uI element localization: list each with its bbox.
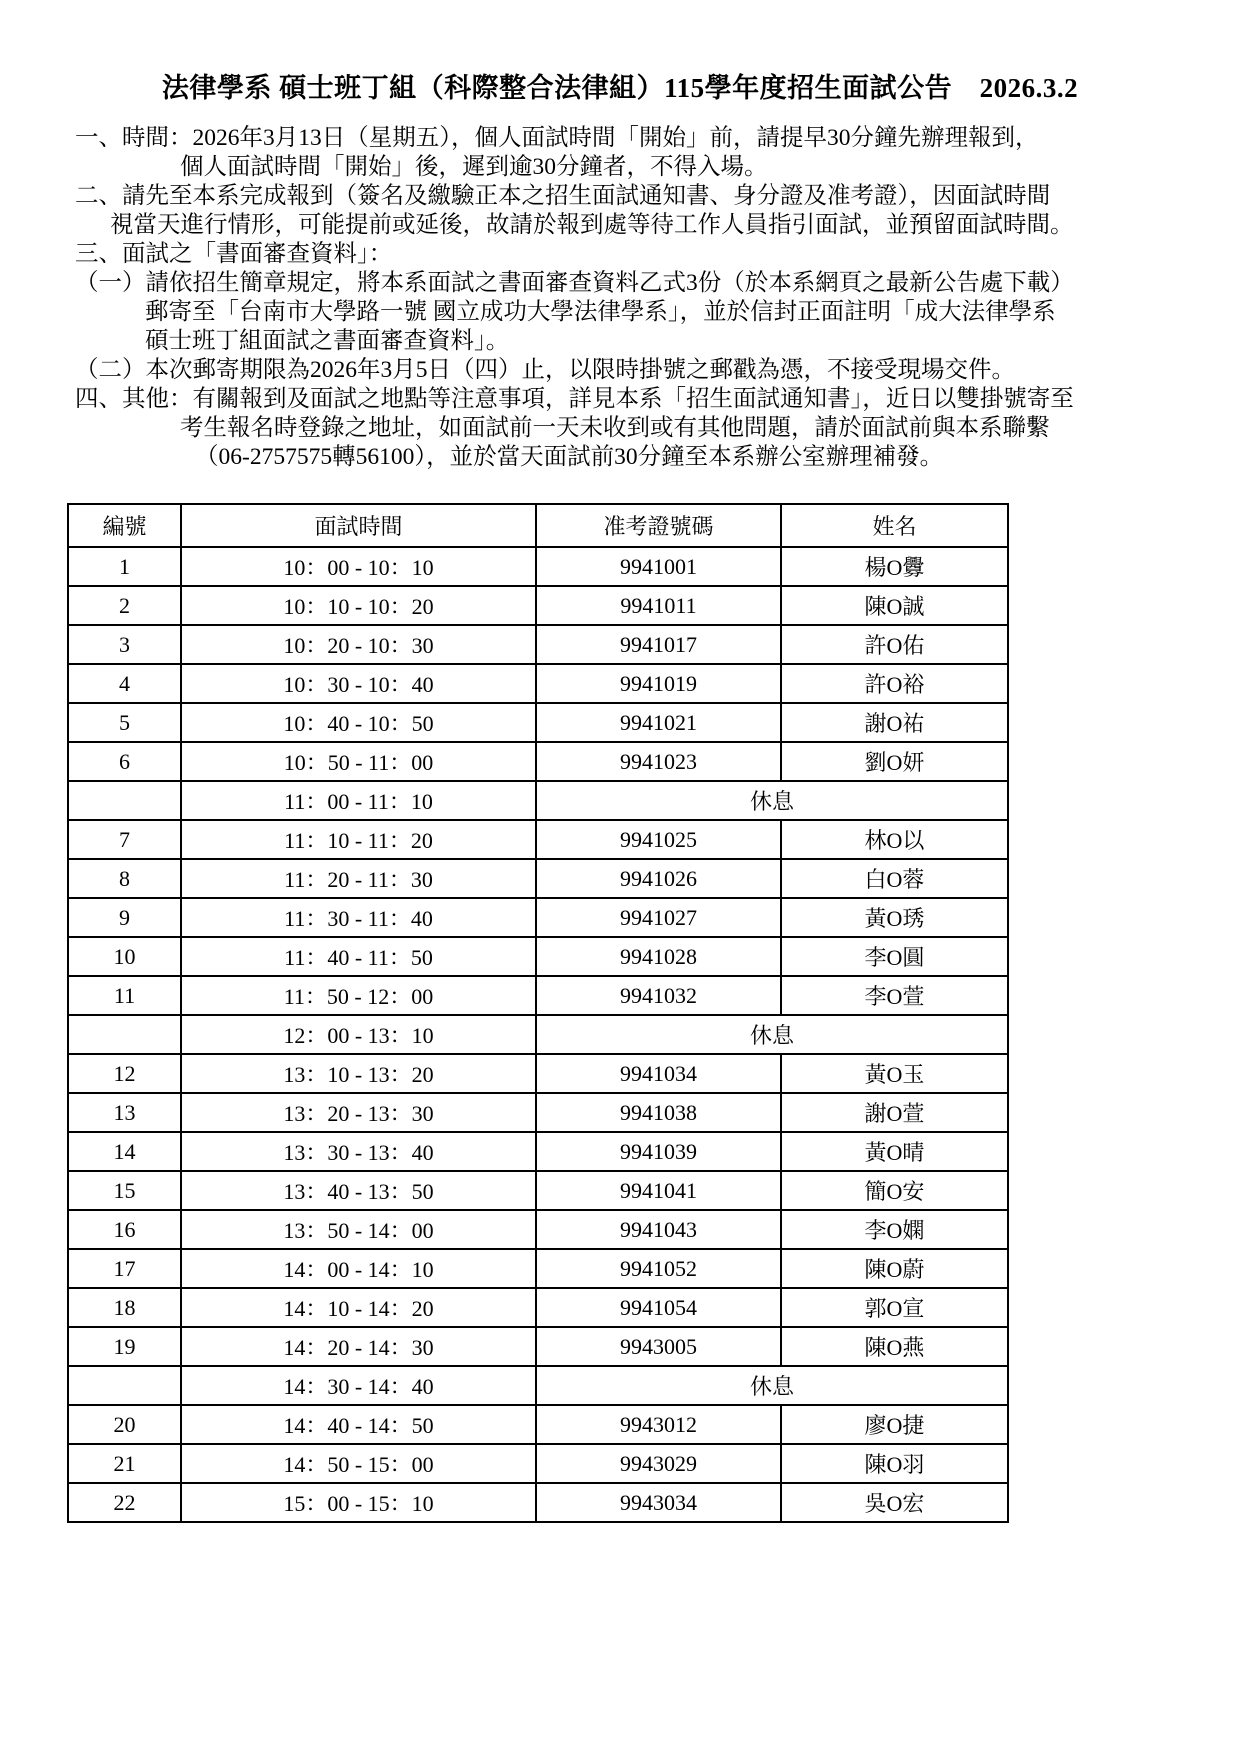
page-title: 法律學系 碩士班丁組（科際整合法律組）115學年度招生面試公告 2026.3.2 bbox=[0, 0, 1240, 105]
table-row: 610：50 - 11：009941023劉O妍 bbox=[68, 742, 1008, 781]
candidate-name-cell: 陳O燕 bbox=[781, 1327, 1008, 1366]
break-row: 14：30 - 14：40休息 bbox=[68, 1366, 1008, 1405]
interview-time-cell: 13：50 - 14：00 bbox=[181, 1210, 536, 1249]
table-row: 510：40 - 10：509941021謝O祐 bbox=[68, 703, 1008, 742]
row-number-cell: 9 bbox=[68, 898, 181, 937]
table-row: 110：00 - 10：109941001楊O釁 bbox=[68, 547, 1008, 586]
interview-time-cell: 14：40 - 14：50 bbox=[181, 1405, 536, 1444]
ticket-number-cell: 9943034 bbox=[536, 1483, 781, 1522]
candidate-name-cell: 廖O捷 bbox=[781, 1405, 1008, 1444]
ticket-number-cell: 9941043 bbox=[536, 1210, 781, 1249]
interview-time-cell: 10：10 - 10：20 bbox=[181, 586, 536, 625]
interview-time-cell: 11：10 - 11：20 bbox=[181, 820, 536, 859]
row-number-cell: 3 bbox=[68, 625, 181, 664]
interview-time-cell: 14：10 - 14：20 bbox=[181, 1288, 536, 1327]
notice-line: （二）本次郵寄期限為2026年3月5日（四）止，以限時掛號之郵戳為憑，不接受現場… bbox=[75, 356, 1180, 385]
notice-line: 二、請先至本系完成報到（簽名及繳驗正本之招生面試通知書、身分證及准考證），因面試… bbox=[75, 182, 1180, 211]
candidate-name-cell: 許O裕 bbox=[781, 664, 1008, 703]
candidate-name-cell: 林O以 bbox=[781, 820, 1008, 859]
row-number-cell bbox=[68, 1015, 181, 1054]
row-number-cell: 8 bbox=[68, 859, 181, 898]
table-row: 210：10 - 10：209941011陳O誠 bbox=[68, 586, 1008, 625]
ticket-number-cell: 9941039 bbox=[536, 1132, 781, 1171]
table-row: 1814：10 - 14：209941054郭O宣 bbox=[68, 1288, 1008, 1327]
break-row: 12：00 - 13：10休息 bbox=[68, 1015, 1008, 1054]
interview-time-cell: 10：00 - 10：10 bbox=[181, 547, 536, 586]
interview-time-cell: 13：30 - 13：40 bbox=[181, 1132, 536, 1171]
ticket-number-cell: 9943012 bbox=[536, 1405, 781, 1444]
notice-line: 郵寄至「台南市大學路一號 國立成功大學法律學系」，並於信封正面註明「成大法律學系 bbox=[75, 298, 1180, 327]
interview-time-cell: 13：20 - 13：30 bbox=[181, 1093, 536, 1132]
candidate-name-cell: 楊O釁 bbox=[781, 547, 1008, 586]
row-number-cell: 2 bbox=[68, 586, 181, 625]
interview-time-cell: 14：20 - 14：30 bbox=[181, 1327, 536, 1366]
interview-time-cell: 11：20 - 11：30 bbox=[181, 859, 536, 898]
table-row: 1613：50 - 14：009941043李O嫻 bbox=[68, 1210, 1008, 1249]
notice-line: 三、面試之「書面審查資料」： bbox=[75, 240, 1180, 269]
candidate-name-cell: 謝O萱 bbox=[781, 1093, 1008, 1132]
table-row: 1111：50 - 12：009941032李O萱 bbox=[68, 976, 1008, 1015]
table-row: 2215：00 - 15：109943034吳O宏 bbox=[68, 1483, 1008, 1522]
notice-line: （06-2757575轉56100），並於當天面試前30分鐘至本系辦公室辦理補發… bbox=[75, 443, 1180, 472]
ticket-number-cell: 9941027 bbox=[536, 898, 781, 937]
candidate-name-cell: 許O佑 bbox=[781, 625, 1008, 664]
ticket-number-cell: 9941028 bbox=[536, 937, 781, 976]
ticket-number-cell: 9941025 bbox=[536, 820, 781, 859]
break-label-cell: 休息 bbox=[536, 1015, 1008, 1054]
row-number-cell: 11 bbox=[68, 976, 181, 1015]
interview-time-cell: 11：30 - 11：40 bbox=[181, 898, 536, 937]
candidate-name-cell: 黃O晴 bbox=[781, 1132, 1008, 1171]
row-number-cell: 6 bbox=[68, 742, 181, 781]
ticket-number-cell: 9941041 bbox=[536, 1171, 781, 1210]
table-row: 310：20 - 10：309941017許O佑 bbox=[68, 625, 1008, 664]
interview-time-cell: 10：30 - 10：40 bbox=[181, 664, 536, 703]
row-number-cell: 13 bbox=[68, 1093, 181, 1132]
interview-time-cell: 11：00 - 11：10 bbox=[181, 781, 536, 820]
interview-time-cell: 14：50 - 15：00 bbox=[181, 1444, 536, 1483]
interview-time-cell: 10：50 - 11：00 bbox=[181, 742, 536, 781]
interview-time-cell: 13：10 - 13：20 bbox=[181, 1054, 536, 1093]
row-number-cell: 4 bbox=[68, 664, 181, 703]
column-header-number: 編號 bbox=[68, 504, 181, 547]
candidate-name-cell: 陳O羽 bbox=[781, 1444, 1008, 1483]
row-number-cell: 20 bbox=[68, 1405, 181, 1444]
notice-line: 四、其他：有關報到及面試之地點等注意事項，詳見本系「招生面試通知書」，近日以雙掛… bbox=[75, 385, 1180, 414]
ticket-number-cell: 9941026 bbox=[536, 859, 781, 898]
break-label-cell: 休息 bbox=[536, 781, 1008, 820]
row-number-cell: 22 bbox=[68, 1483, 181, 1522]
notice-line: 個人面試時間「開始」後，遲到逾30分鐘者，不得入場。 bbox=[75, 153, 1180, 182]
ticket-number-cell: 9941021 bbox=[536, 703, 781, 742]
ticket-number-cell: 9941011 bbox=[536, 586, 781, 625]
table-row: 811：20 - 11：309941026白O蓉 bbox=[68, 859, 1008, 898]
row-number-cell: 19 bbox=[68, 1327, 181, 1366]
candidate-name-cell: 簡O安 bbox=[781, 1171, 1008, 1210]
row-number-cell: 16 bbox=[68, 1210, 181, 1249]
row-number-cell: 12 bbox=[68, 1054, 181, 1093]
interview-time-cell: 12：00 - 13：10 bbox=[181, 1015, 536, 1054]
notice-line: （一）請依招生簡章規定，將本系面試之書面審查資料乙式3份（於本系網頁之最新公告處… bbox=[75, 269, 1180, 298]
row-number-cell: 17 bbox=[68, 1249, 181, 1288]
column-header-ticket: 准考證號碼 bbox=[536, 504, 781, 547]
break-label-cell: 休息 bbox=[536, 1366, 1008, 1405]
break-row: 11：00 - 11：10休息 bbox=[68, 781, 1008, 820]
interview-time-cell: 13：40 - 13：50 bbox=[181, 1171, 536, 1210]
table-row: 1914：20 - 14：309943005陳O燕 bbox=[68, 1327, 1008, 1366]
notice-line: 碩士班丁組面試之書面審查資料」。 bbox=[75, 327, 1180, 356]
notice-line: 一、時間：2026年3月13日（星期五），個人面試時間「開始」前，請提早30分鐘… bbox=[75, 124, 1180, 153]
table-body: 110：00 - 10：109941001楊O釁210：10 - 10：2099… bbox=[68, 547, 1008, 1522]
row-number-cell: 10 bbox=[68, 937, 181, 976]
candidate-name-cell: 劉O妍 bbox=[781, 742, 1008, 781]
ticket-number-cell: 9941019 bbox=[536, 664, 781, 703]
row-number-cell: 18 bbox=[68, 1288, 181, 1327]
candidate-name-cell: 謝O祐 bbox=[781, 703, 1008, 742]
column-header-time: 面試時間 bbox=[181, 504, 536, 547]
table-row: 1714：00 - 14：109941052陳O蔚 bbox=[68, 1249, 1008, 1288]
ticket-number-cell: 9941034 bbox=[536, 1054, 781, 1093]
interview-time-cell: 14：00 - 14：10 bbox=[181, 1249, 536, 1288]
candidate-name-cell: 李O圓 bbox=[781, 937, 1008, 976]
interview-time-cell: 10：20 - 10：30 bbox=[181, 625, 536, 664]
candidate-name-cell: 李O萱 bbox=[781, 976, 1008, 1015]
ticket-number-cell: 9941023 bbox=[536, 742, 781, 781]
table-row: 2114：50 - 15：009943029陳O羽 bbox=[68, 1444, 1008, 1483]
ticket-number-cell: 9943029 bbox=[536, 1444, 781, 1483]
interview-schedule-table: 編號 面試時間 准考證號碼 姓名 110：00 - 10：109941001楊O… bbox=[67, 503, 1009, 1523]
row-number-cell: 21 bbox=[68, 1444, 181, 1483]
table-row: 1513：40 - 13：509941041簡O安 bbox=[68, 1171, 1008, 1210]
interview-time-cell: 11：40 - 11：50 bbox=[181, 937, 536, 976]
candidate-name-cell: 李O嫻 bbox=[781, 1210, 1008, 1249]
column-header-name: 姓名 bbox=[781, 504, 1008, 547]
notice-line: 視當天進行情形，可能提前或延後，故請於報到處等待工作人員指引面試，並預留面試時間… bbox=[75, 211, 1180, 240]
ticket-number-cell: 9941054 bbox=[536, 1288, 781, 1327]
table-row: 2014：40 - 14：509943012廖O捷 bbox=[68, 1405, 1008, 1444]
table-row: 711：10 - 11：209941025林O以 bbox=[68, 820, 1008, 859]
candidate-name-cell: 郭O宣 bbox=[781, 1288, 1008, 1327]
ticket-number-cell: 9941032 bbox=[536, 976, 781, 1015]
candidate-name-cell: 陳O誠 bbox=[781, 586, 1008, 625]
interview-time-cell: 14：30 - 14：40 bbox=[181, 1366, 536, 1405]
interview-time-cell: 10：40 - 10：50 bbox=[181, 703, 536, 742]
table-row: 911：30 - 11：409941027黃O琇 bbox=[68, 898, 1008, 937]
document-page: 法律學系 碩士班丁組（科際整合法律組）115學年度招生面試公告 2026.3.2… bbox=[0, 0, 1240, 1755]
ticket-number-cell: 9941052 bbox=[536, 1249, 781, 1288]
row-number-cell: 15 bbox=[68, 1171, 181, 1210]
row-number-cell: 1 bbox=[68, 547, 181, 586]
row-number-cell: 14 bbox=[68, 1132, 181, 1171]
interview-time-cell: 15：00 - 15：10 bbox=[181, 1483, 536, 1522]
table-row: 1213：10 - 13：209941034黃O玉 bbox=[68, 1054, 1008, 1093]
row-number-cell: 7 bbox=[68, 820, 181, 859]
notice-line: 考生報名時登錄之地址，如面試前一天未收到或有其他問題，請於面試前與本系聯繫 bbox=[75, 414, 1180, 443]
table-header-row: 編號 面試時間 准考證號碼 姓名 bbox=[68, 504, 1008, 547]
candidate-name-cell: 白O蓉 bbox=[781, 859, 1008, 898]
table-row: 1313：20 - 13：309941038謝O萱 bbox=[68, 1093, 1008, 1132]
table-row: 1011：40 - 11：509941028李O圓 bbox=[68, 937, 1008, 976]
row-number-cell bbox=[68, 781, 181, 820]
candidate-name-cell: 吳O宏 bbox=[781, 1483, 1008, 1522]
interview-time-cell: 11：50 - 12：00 bbox=[181, 976, 536, 1015]
candidate-name-cell: 黃O琇 bbox=[781, 898, 1008, 937]
ticket-number-cell: 9941001 bbox=[536, 547, 781, 586]
candidate-name-cell: 陳O蔚 bbox=[781, 1249, 1008, 1288]
ticket-number-cell: 9941017 bbox=[536, 625, 781, 664]
table-row: 1413：30 - 13：409941039黃O晴 bbox=[68, 1132, 1008, 1171]
ticket-number-cell: 9941038 bbox=[536, 1093, 781, 1132]
candidate-name-cell: 黃O玉 bbox=[781, 1054, 1008, 1093]
notice-section: 一、時間：2026年3月13日（星期五），個人面試時間「開始」前，請提早30分鐘… bbox=[75, 124, 1180, 472]
row-number-cell bbox=[68, 1366, 181, 1405]
table-row: 410：30 - 10：409941019許O裕 bbox=[68, 664, 1008, 703]
row-number-cell: 5 bbox=[68, 703, 181, 742]
ticket-number-cell: 9943005 bbox=[536, 1327, 781, 1366]
